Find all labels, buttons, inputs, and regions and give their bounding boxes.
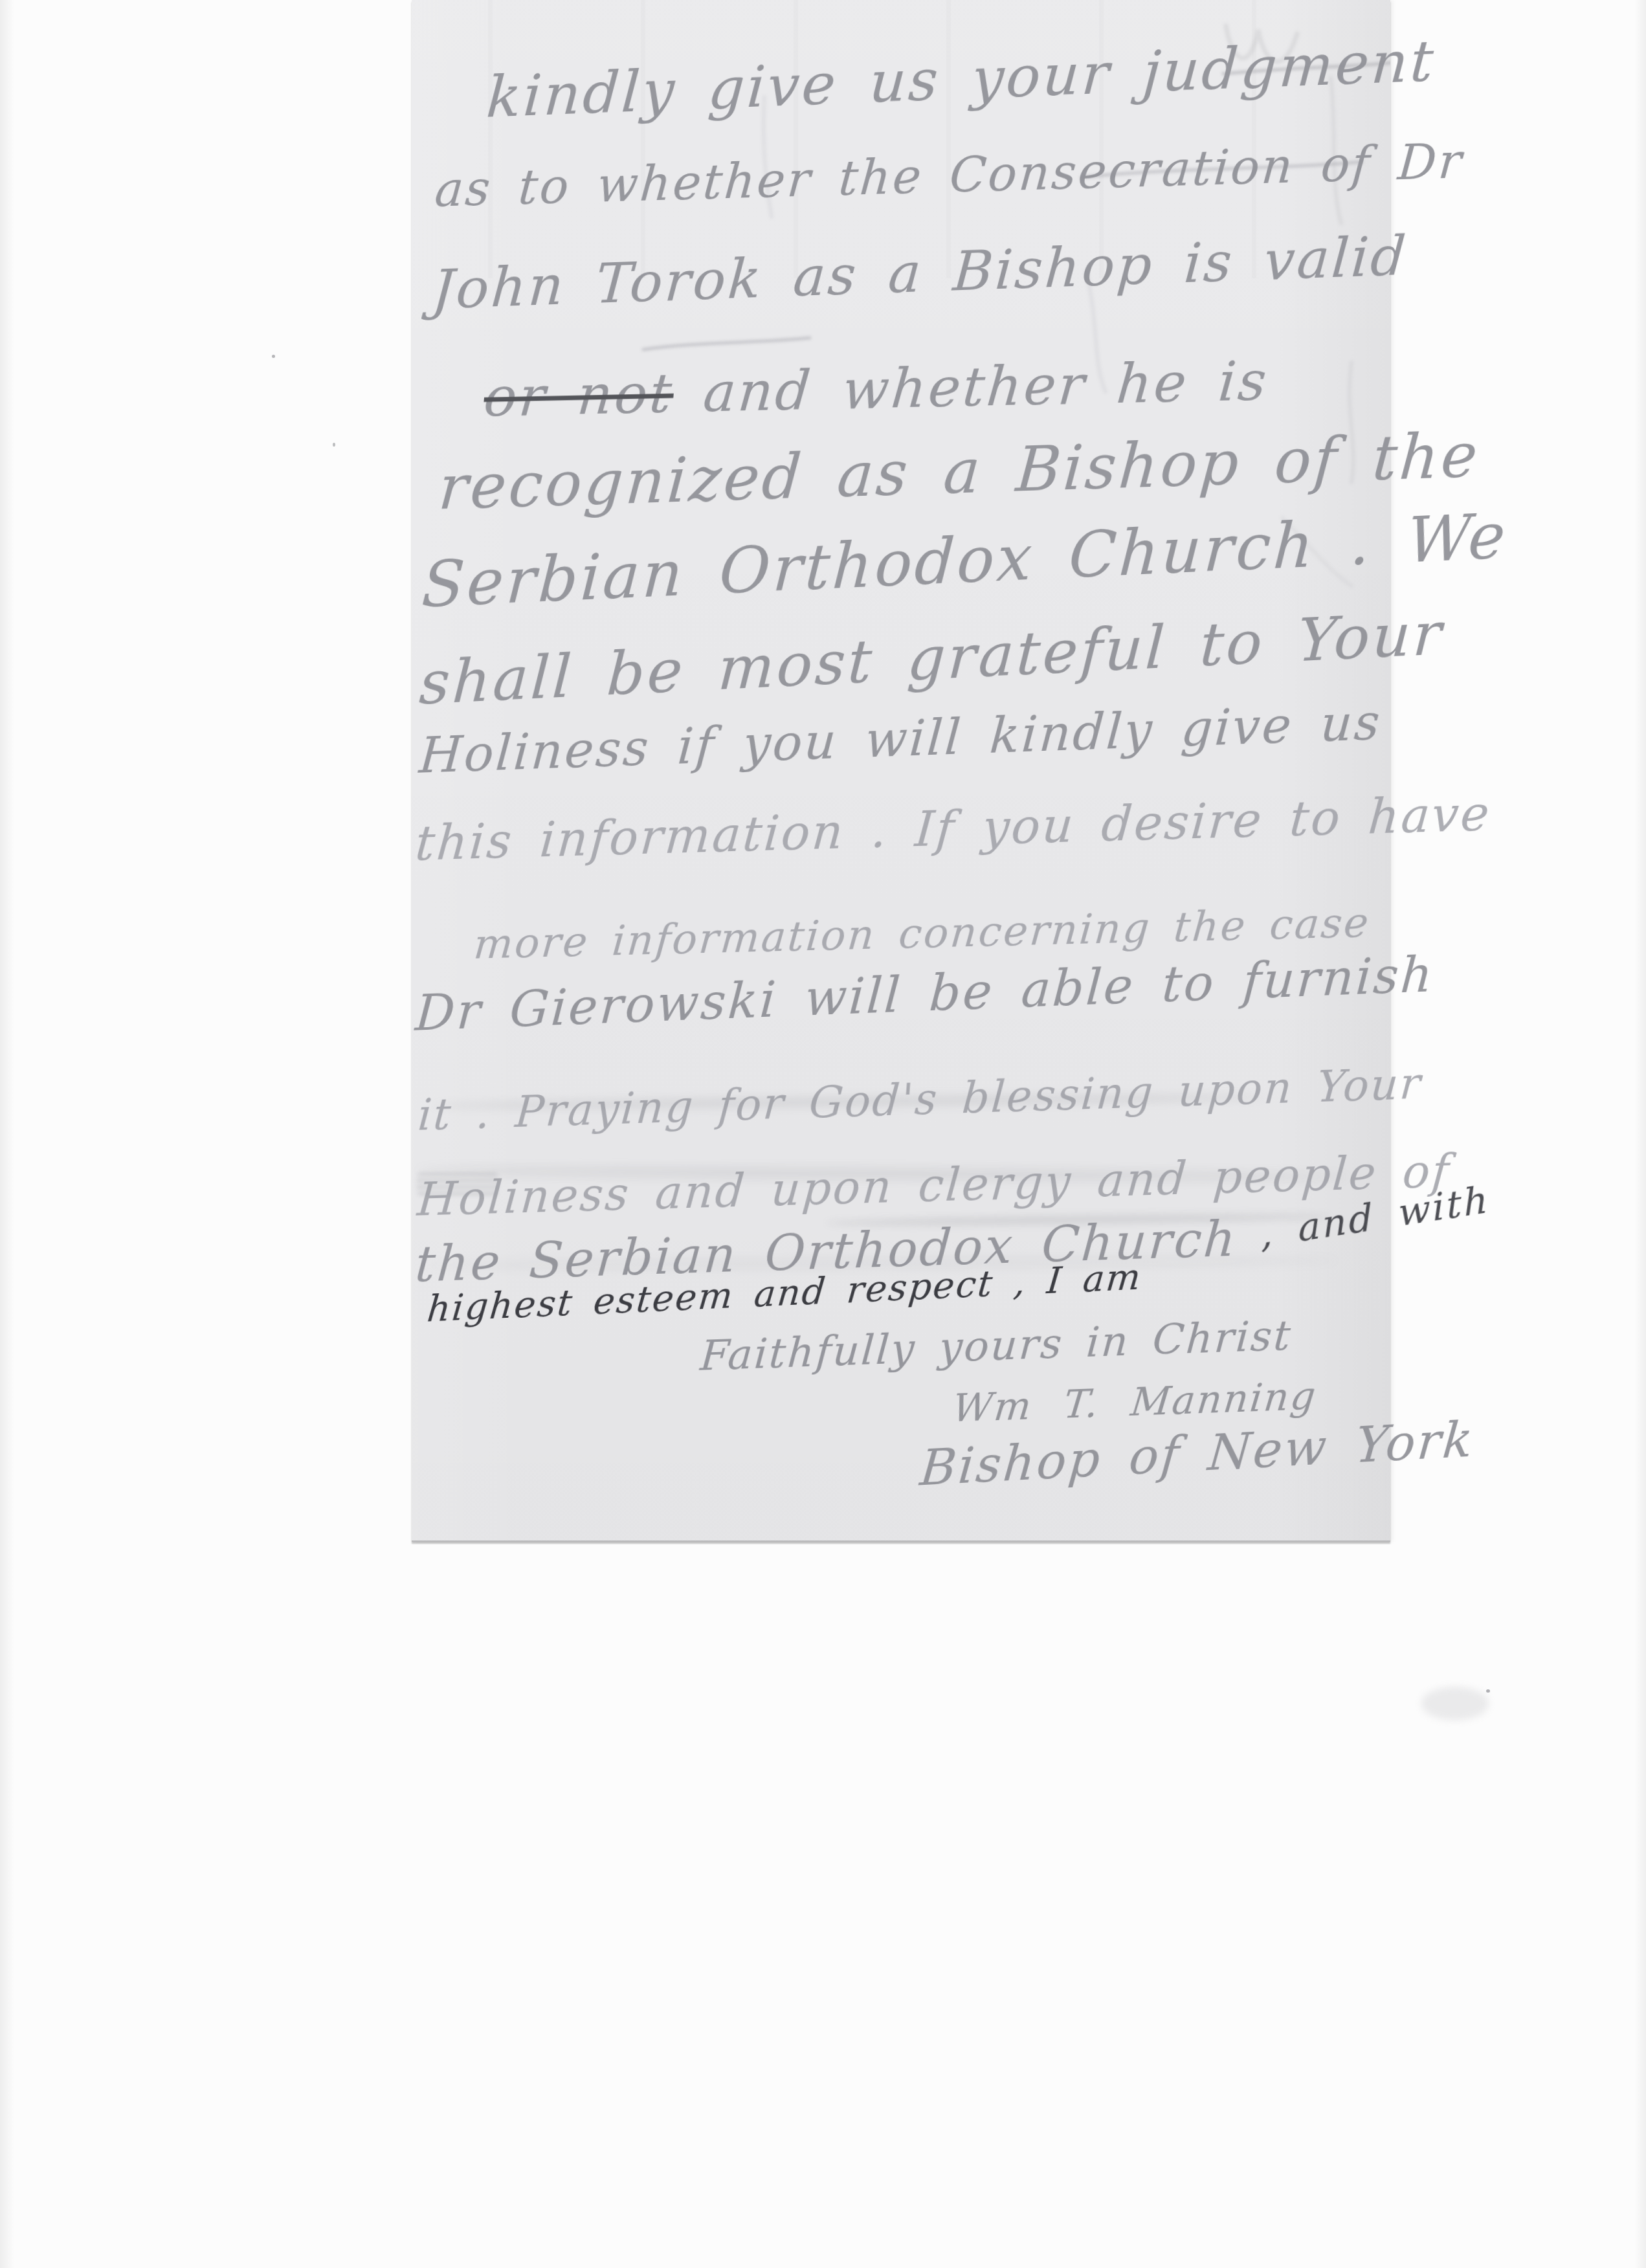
letter-page: kindly give us your judgment as to wheth…	[412, 0, 1390, 1542]
struck-words-or-not: or not	[482, 362, 676, 429]
paper-speck	[1486, 1689, 1490, 1693]
line-text: it . Praying for God's blessing upon You…	[416, 1059, 1424, 1140]
paper-speck	[272, 355, 275, 358]
line-text: kindly give us your judgment	[485, 28, 1438, 131]
line-text: as to whether the Consecration of Dr	[433, 134, 1465, 219]
scan-edge-left	[0, 0, 14, 2268]
valediction: Faithfully yours in Christ	[698, 1313, 1293, 1381]
line-text: and whether he is	[701, 350, 1271, 425]
pencil-stroke	[643, 338, 810, 350]
margin-smudge	[1421, 1687, 1489, 1720]
letter-line-9: this information . If you desire to have	[414, 786, 1493, 872]
line-text: this information . If you desire to have	[414, 786, 1493, 872]
letter-line-3: John Torok as a Bishop is valid	[430, 225, 1410, 322]
scan-edge-right	[1634, 0, 1646, 2268]
paper-speck	[333, 443, 335, 447]
letter-line-12: it . Praying for God's blessing upon You…	[416, 1060, 1423, 1140]
letter-line-2: as to whether the Consecration of Dr	[433, 135, 1465, 219]
letter-line-4: or notand whether he is	[482, 350, 1271, 429]
line-text: John Torok as a Bishop is valid	[430, 224, 1410, 322]
line-text: Faithfully yours in Christ	[698, 1312, 1293, 1381]
letter-line-1: kindly give us your judgment	[485, 28, 1438, 131]
